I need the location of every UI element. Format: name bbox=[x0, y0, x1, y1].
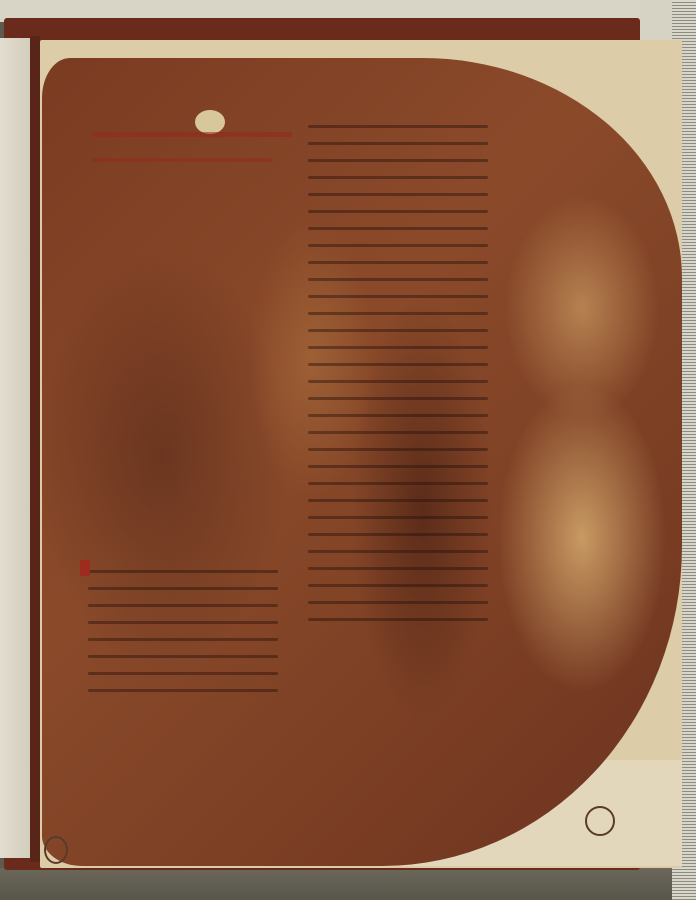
binding-spine-strip bbox=[30, 36, 40, 862]
rubric-line bbox=[92, 132, 292, 137]
parchment-hole bbox=[195, 110, 225, 134]
right-text-column bbox=[308, 125, 488, 635]
left-text-block bbox=[88, 570, 278, 706]
background-bottom bbox=[0, 868, 696, 900]
library-stamp-icon bbox=[585, 806, 615, 836]
left-page-edge bbox=[0, 38, 32, 858]
red-initial-letter bbox=[80, 560, 90, 576]
library-stamp-icon bbox=[44, 836, 68, 864]
rubric-line bbox=[92, 158, 272, 162]
